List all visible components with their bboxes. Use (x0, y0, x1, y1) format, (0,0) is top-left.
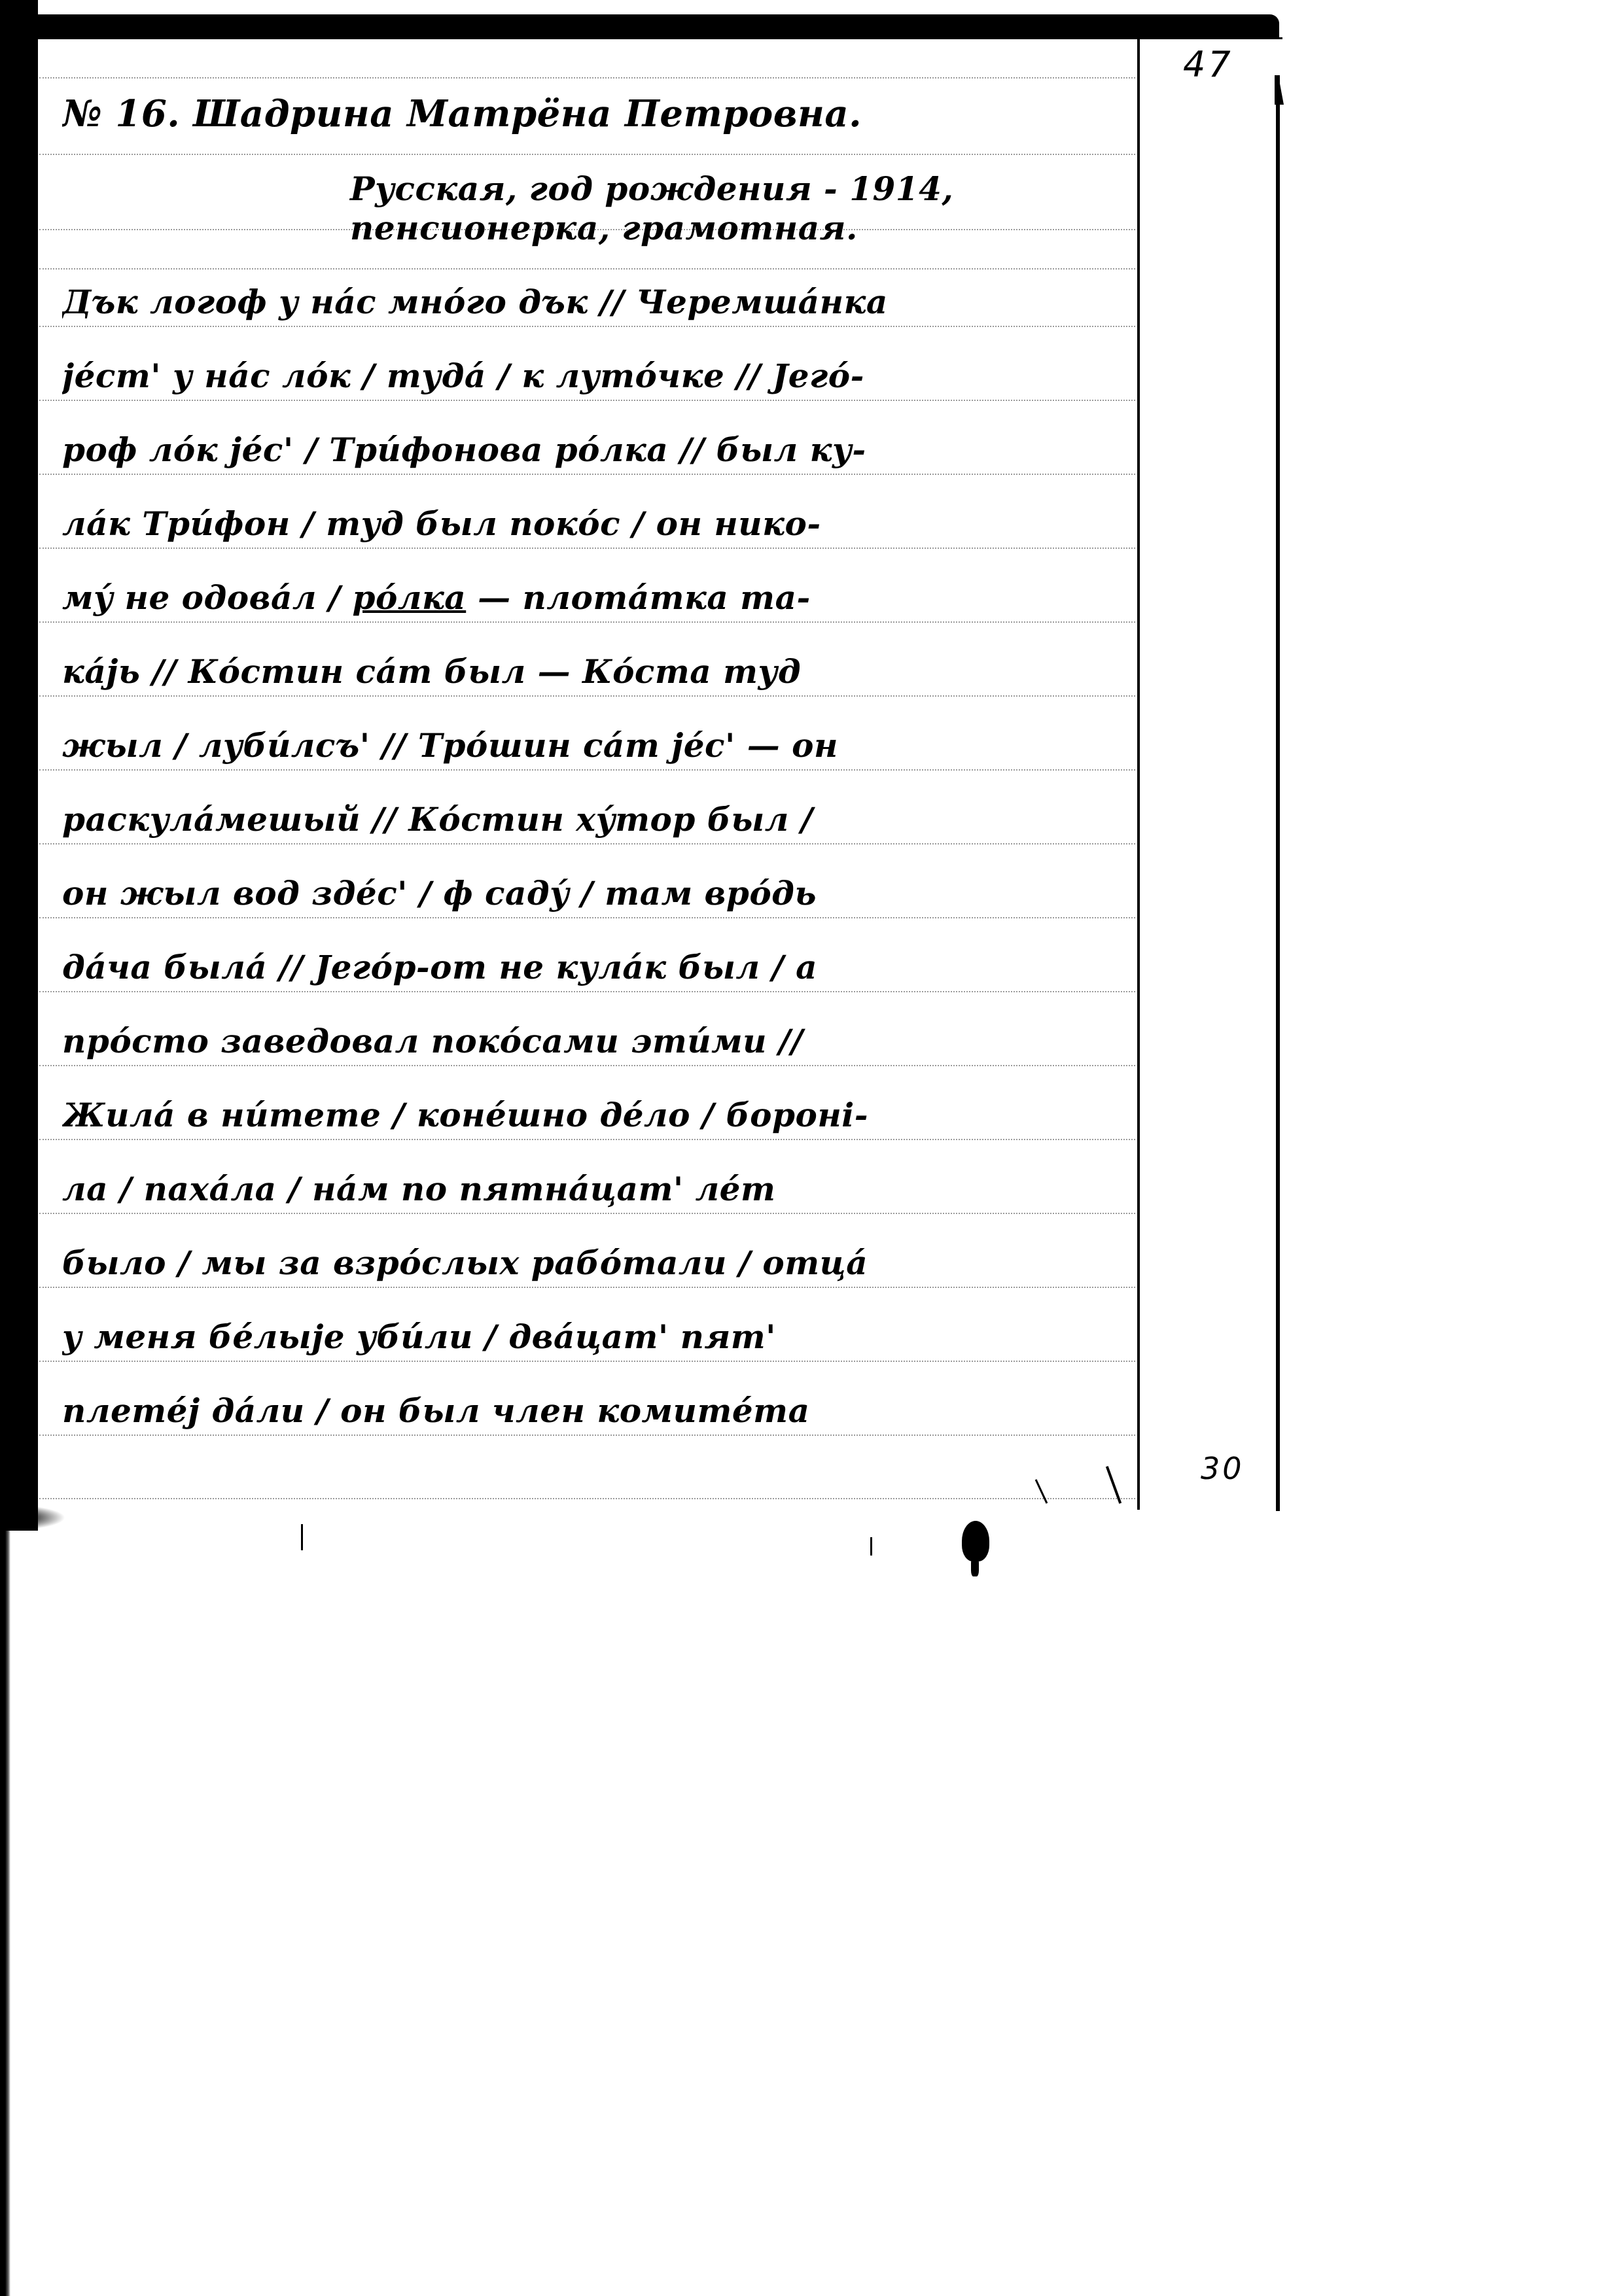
transcript-line: jécт' у нáс лóк / тудá / к лутóчке // Jе… (62, 339, 1135, 413)
transcript-line: мý не одовáл / рóлка — плотáтка та- (62, 561, 1135, 635)
page-number-top: 47 (1183, 47, 1233, 82)
ruled-line (39, 1498, 1135, 1499)
transcript-line: у меня бéлыје убúли / двáцат' пят' (62, 1300, 1135, 1374)
page-number-margin: 30 (1201, 1453, 1245, 1484)
transcript-line: было / мы за взрóслых рабóтали / отцá (62, 1226, 1135, 1300)
transcript-line: кájь // Кóстин сáт был — Кóста туд (62, 635, 1135, 708)
speaker-info-line-1: Русская, год рождения - 1914, (62, 169, 1135, 209)
ink-blot-drip (971, 1557, 979, 1576)
scan-artifact (1035, 1479, 1048, 1504)
book-spine-shadow (0, 0, 38, 1531)
handwritten-transcript: № 16. Шадрина Матрёна Петровна. Русская,… (62, 77, 1135, 1448)
scan-artifact (301, 1524, 303, 1550)
page-right-edge (1276, 75, 1280, 1511)
transcript-line: ла / пахáла / нáм по пятнáцат' лéт (62, 1152, 1135, 1226)
transcript-line: прóсто заведовал покóсами этúми // (62, 1004, 1135, 1078)
record-title: № 16. Шадрина Матрёна Петровна. (62, 77, 1135, 151)
transcript-line: Жилá в нúтете / конéшно дéло / бороні- (62, 1078, 1135, 1152)
page-top-rule (26, 37, 1282, 39)
page-top-edge-shadow (0, 14, 1279, 37)
transcript-line: лáк Трúфон / туд был покóс / он нико- (62, 487, 1135, 561)
transcript-line: раскулáмешый // Кóстин хýтор был / (62, 782, 1135, 856)
speaker-info-line-2: пенсионерка, грамотная. (62, 209, 1135, 248)
transcript-line: жыл / лубúлсъ' // Трóшин сáт jéс' — он (62, 708, 1135, 782)
scan-artifact (7, 1505, 65, 1531)
transcript-line: Дък логоф у нáс мнóго дък // Черемшáнка (62, 265, 1135, 339)
book-spine-shadow-lower (0, 1531, 10, 2296)
underlined-word: рóлка (353, 578, 467, 617)
margin-rule-line (1137, 38, 1140, 1510)
transcript-line: дáча былá // Jегóр-от не кулáк был / а (62, 930, 1135, 1004)
transcript-line: роф лóк jéс' / Трúфонова рóлка // был ку… (62, 413, 1135, 487)
transcript-line: плетéj дáли / он был член комитéта (62, 1374, 1135, 1448)
transcript-line: он жыл вод здéс' / ф садý / там врóдь (62, 856, 1135, 930)
ink-blot (962, 1521, 989, 1561)
scan-artifact (870, 1537, 872, 1556)
